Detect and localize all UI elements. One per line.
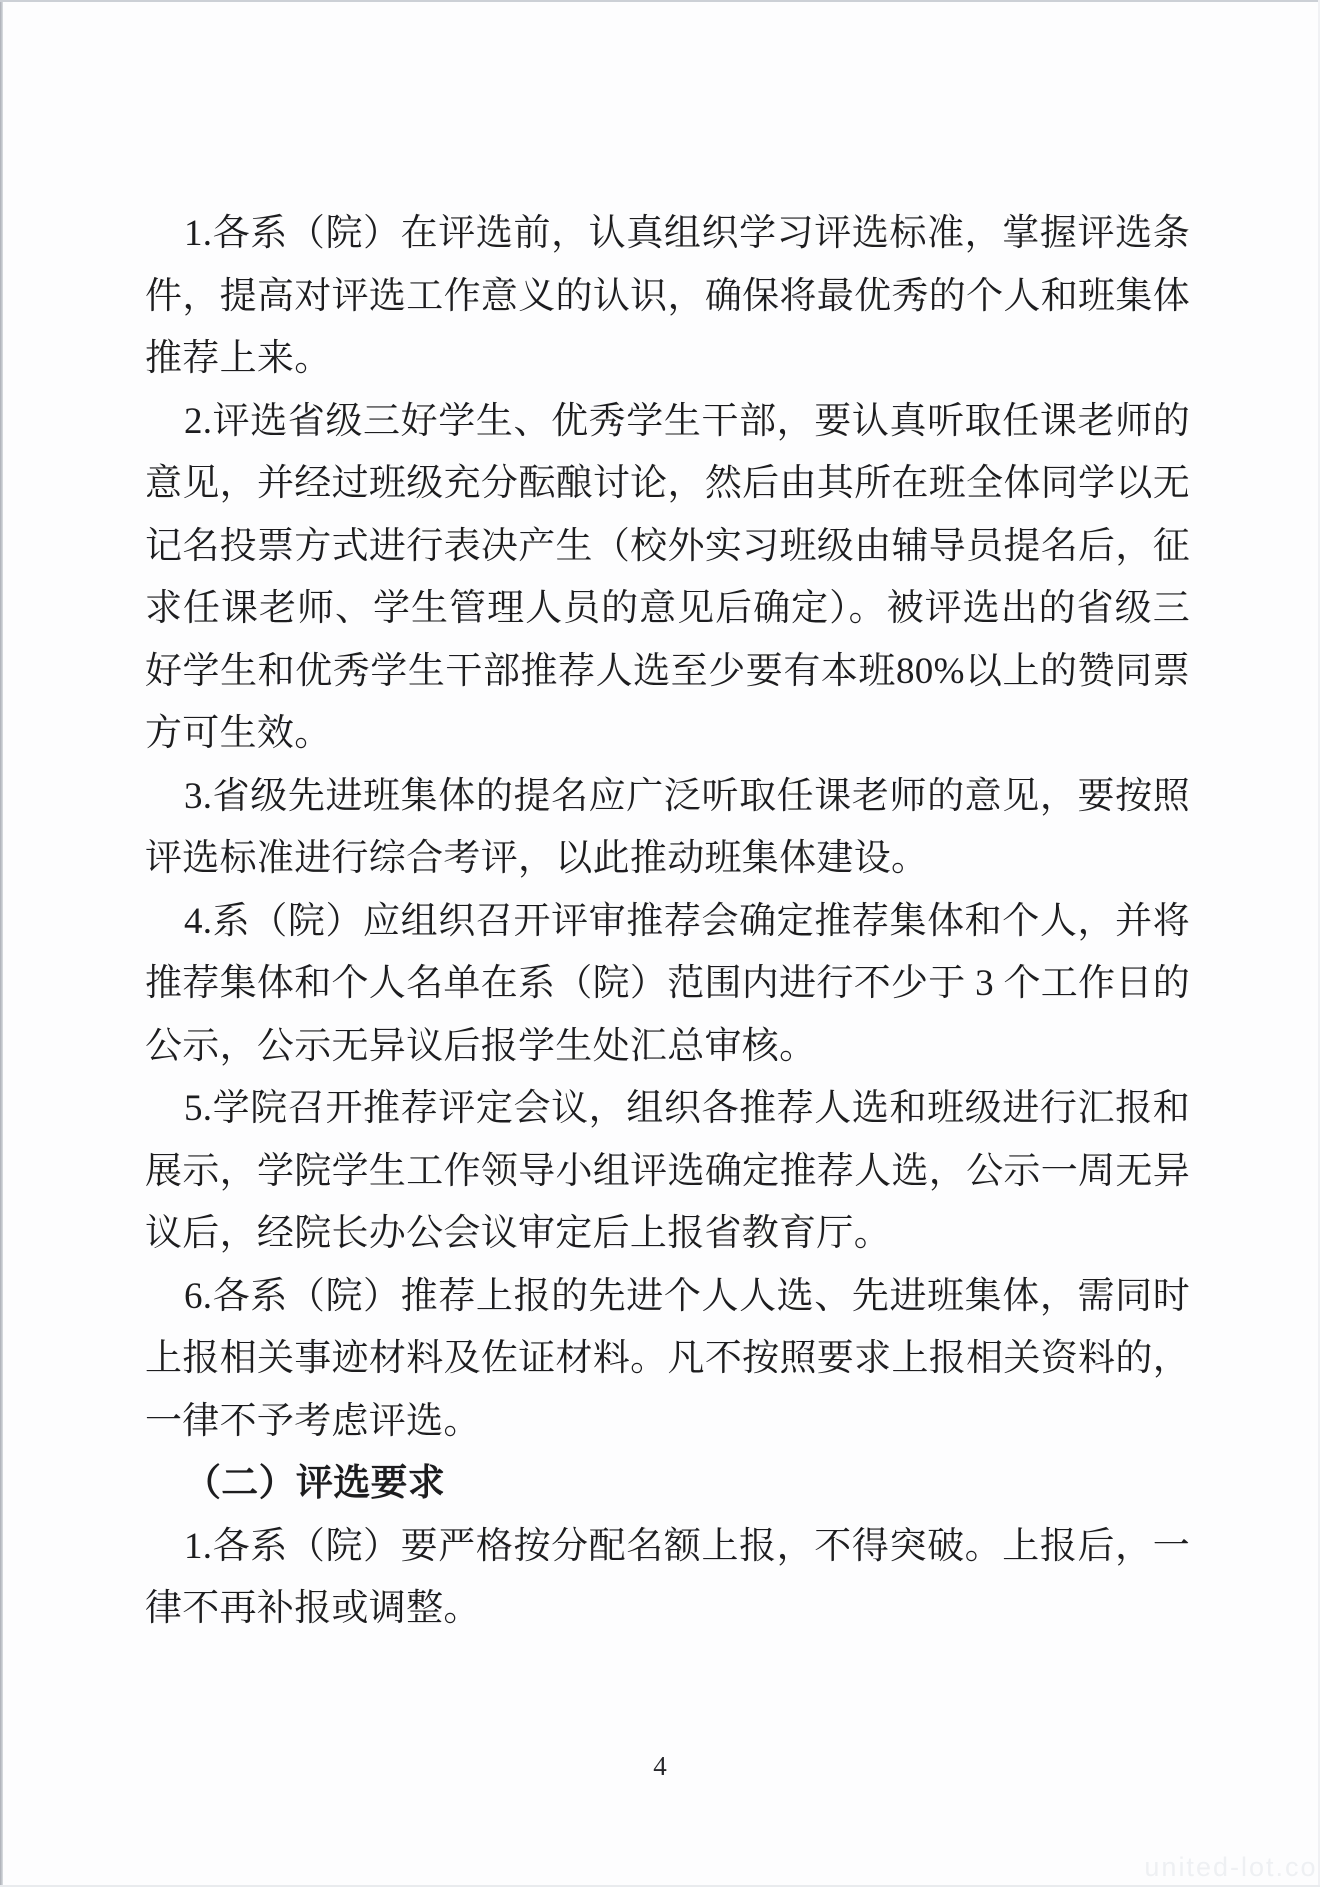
scanned-document-page: 1.各系（院）在评选前，认真组织学习评选标准，掌握评选条件，提高对评选工作意义的… [0,0,1320,1887]
paragraph-3: 3.省级先进班集体的提名应广泛听取任课老师的意见，要按照评选标准进行综合考评，以… [145,766,1190,891]
paragraph-4: 4.系（院）应组织召开评审推荐会确定推荐集体和个人，并将推荐集体和个人名单在系（… [145,891,1190,1079]
section-heading-requirements: （二）评选要求 [145,1453,1190,1516]
paragraph-1: 1.各系（院）在评选前，认真组织学习评选标准，掌握评选条件，提高对评选工作意义的… [145,203,1190,391]
document-body: 1.各系（院）在评选前，认真组织学习评选标准，掌握评选条件，提高对评选工作意义的… [145,203,1190,1641]
page-number: 4 [0,1750,1320,1782]
scan-edge-left [0,0,3,1887]
paragraph-2: 2.评选省级三好学生、优秀学生干部，要认真听取任课老师的意见，并经过班级充分酝酿… [145,391,1190,766]
paragraph-7: 1.各系（院）要严格按分配名额上报，不得突破。上报后，一律不再补报或调整。 [145,1516,1190,1641]
scan-edge-top [0,0,1320,2]
watermark-text: united-lot.com [1144,1852,1320,1883]
paragraph-6: 6.各系（院）推荐上报的先进个人人选、先进班集体，需同时上报相关事迹材料及佐证材… [145,1266,1190,1454]
paragraph-5: 5.学院召开推荐评定会议，组织各推荐人选和班级进行汇报和展示，学院学生工作领导小… [145,1078,1190,1266]
